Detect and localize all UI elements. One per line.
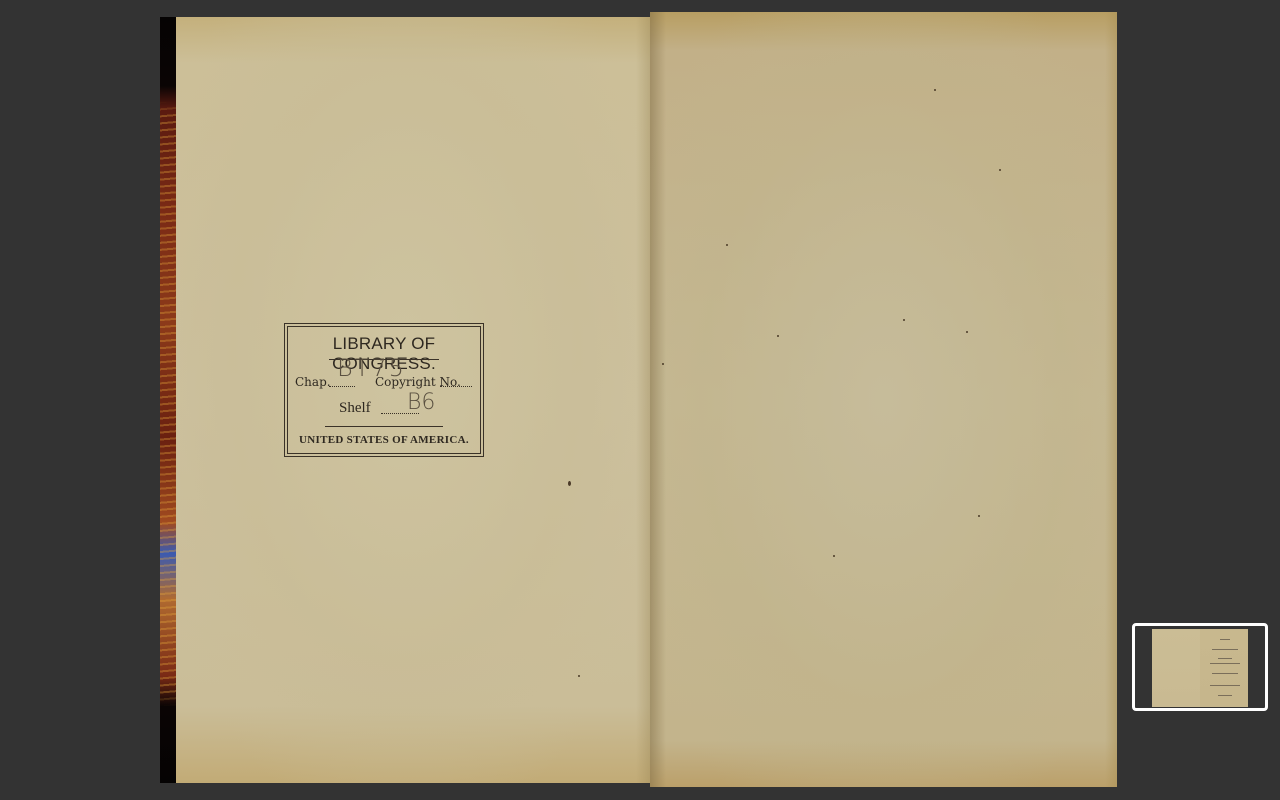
thumbnail-text-line [1210, 663, 1240, 664]
handwritten-shelf-number: B6 [407, 390, 435, 415]
page-speck [777, 335, 779, 337]
thumbnail-text-line [1212, 649, 1238, 650]
stamp-copyright-dots [440, 386, 472, 387]
page-speck [662, 363, 664, 365]
thumbnail-text-line [1210, 685, 1240, 686]
page-speck [903, 319, 905, 321]
stamp-rule-bottom [325, 426, 443, 427]
stamp-chap-dots [329, 386, 355, 387]
page-speck [978, 515, 980, 517]
page-speck [999, 169, 1001, 171]
right-page-edge-shade [1105, 12, 1117, 787]
page-speck [578, 675, 580, 677]
library-of-congress-stamp: LIBRARY OF CONGRESS. Chap. Copyright No.… [284, 323, 484, 457]
page-speck [726, 244, 728, 246]
thumbnail-text-line [1218, 658, 1232, 659]
handwritten-class-number: BT75 [337, 354, 406, 382]
marbled-endpaper-edge [160, 17, 176, 783]
book-viewer: LIBRARY OF CONGRESS. Chap. Copyright No.… [0, 0, 1280, 800]
thumbnail-text-line [1218, 695, 1232, 696]
right-page-gutter-shadow [650, 12, 666, 787]
thumbnail-text-line [1212, 673, 1238, 674]
page-speck [934, 89, 936, 91]
page-speck [833, 555, 835, 557]
stamp-footer: UNITED STATES OF AMERICA. [285, 434, 483, 446]
stamp-shelf-label: Shelf [339, 400, 371, 417]
thumbnail-left-page [1152, 629, 1200, 707]
left-page[interactable]: LIBRARY OF CONGRESS. Chap. Copyright No.… [160, 17, 650, 783]
right-page[interactable] [650, 12, 1117, 787]
thumbnail-right-page [1200, 629, 1248, 707]
thumbnail-text-line [1220, 639, 1230, 640]
left-page-gutter-shadow [636, 17, 650, 783]
page-thumbnail[interactable] [1132, 623, 1268, 711]
stamp-chap-label: Chap. [295, 375, 331, 389]
page-speck [568, 481, 571, 486]
page-speck [966, 331, 968, 333]
